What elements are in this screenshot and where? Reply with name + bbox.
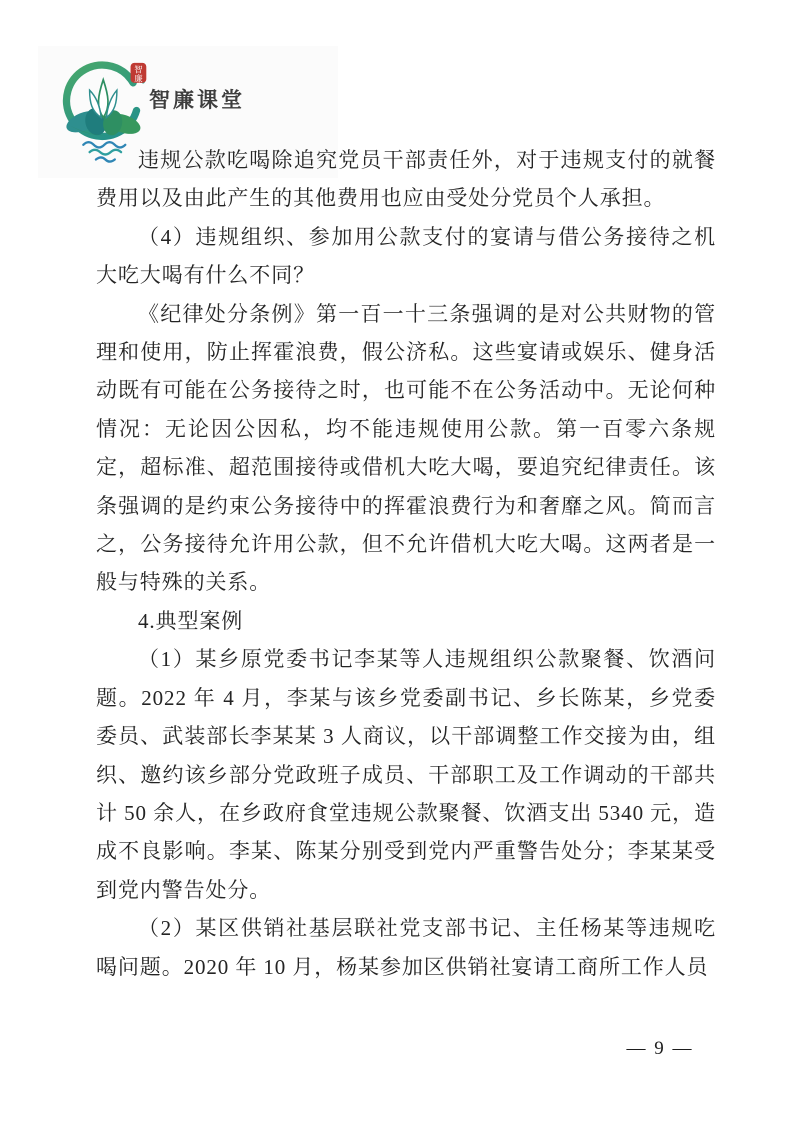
document-page: 智 廉 智廉课堂 违规公款吃喝除追究党员干部责任外，对于违规支付的就餐费用以及由… [0, 0, 794, 1123]
paragraph-case-2: （2）某区供销社基层联社党支部书记、主任杨某等违规吃喝问题。2020 年 10 … [96, 909, 716, 986]
paragraph-question-4: （4）违规组织、参加用公款支付的宴请与借公务接待之机大吃大喝有什么不同？ [96, 218, 716, 295]
brand-title: 智廉课堂 [149, 84, 245, 114]
paragraph-regulation-explain: 《纪律处分条例》第一百一十三条强调的是对公共财物的管理和使用，防止挥霍浪费，假公… [96, 295, 716, 602]
seal-char-bottom: 廉 [134, 73, 143, 83]
lotus-petals-icon [63, 80, 143, 138]
paragraph-liability: 违规公款吃喝除追究党员干部责任外，对于违规支付的就餐费用以及由此产生的其他费用也… [96, 141, 716, 218]
page-footer: — 9 — [600, 1038, 720, 1060]
paragraph-section-title-cases: 4.典型案例 [96, 602, 716, 640]
seal-icon: 智 廉 [131, 63, 147, 83]
paragraph-case-1: （1）某乡原党委书记李某等人违规组织公款聚餐、饮酒问题。2022 年 4 月，李… [96, 640, 716, 909]
document-body: 违规公款吃喝除追究党员干部责任外，对于违规支付的就餐费用以及由此产生的其他费用也… [96, 141, 716, 986]
page-number: — 9 — [627, 1038, 694, 1059]
